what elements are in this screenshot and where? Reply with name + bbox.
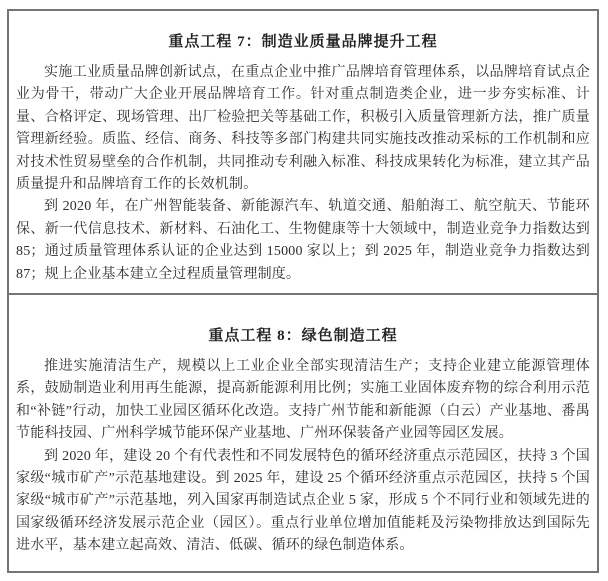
key-project-7-title: 重点工程 7：制造业质量品牌提升工程	[16, 33, 590, 51]
key-project-box-7: 重点工程 7：制造业质量品牌提升工程 实施工业质量品牌创新试点，在重点企业中推广…	[9, 11, 597, 293]
key-projects-table: 重点工程 7：制造业质量品牌提升工程 实施工业质量品牌创新试点，在重点企业中推广…	[7, 9, 599, 573]
key-project-7-paragraph-1: 实施工业质量品牌创新试点，在重点企业中推广品牌培育管理体系，以品牌培育试点企业为…	[16, 62, 590, 196]
document-page: { "page": { "background": "#ffffff", "bo…	[0, 0, 608, 581]
key-project-8-title: 重点工程 8：绿色制造工程	[16, 327, 590, 345]
key-project-8-paragraph-1: 推进实施清洁生产，规模以上工业企业全部实现清洁生产；支持企业建立能源管理体系，鼓…	[16, 356, 590, 446]
key-project-box-8: 重点工程 8：绿色制造工程 推进实施清洁生产，规模以上工业企业全部实现清洁生产；…	[9, 293, 597, 571]
key-project-7-paragraph-2: 到 2020 年，在广州智能装备、新能源汽车、轨道交通、船舶海工、航空航天、节能…	[16, 196, 590, 286]
key-project-8-paragraph-2: 到 2020 年，建设 20 个有代表性和不同发展特色的循环经济重点示范园区，扶…	[16, 446, 590, 558]
